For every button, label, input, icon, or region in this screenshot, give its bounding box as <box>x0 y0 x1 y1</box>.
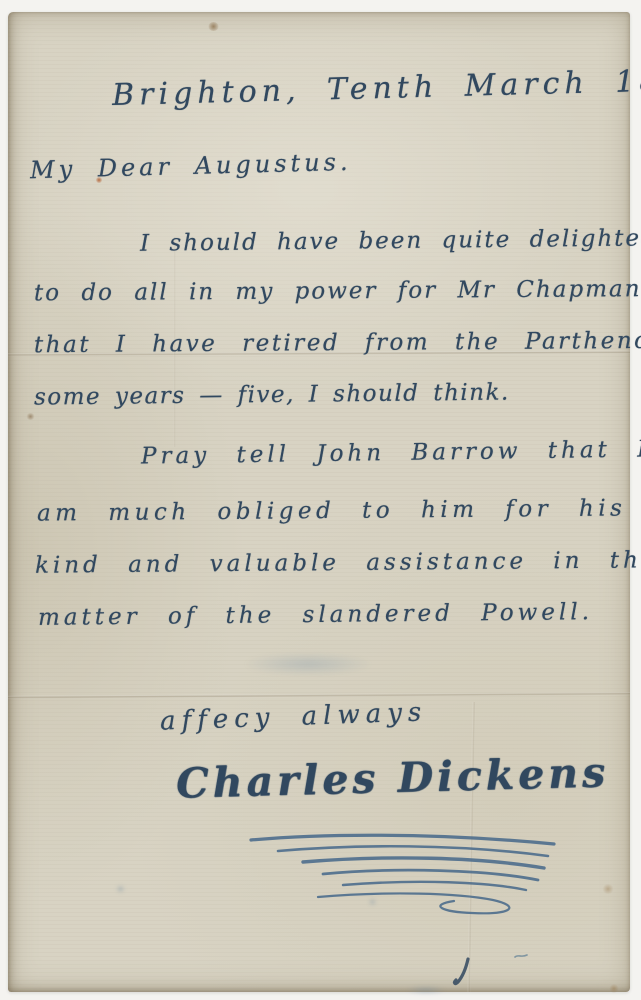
ink-smudge <box>406 986 446 994</box>
body-line: I should have been quite delighted <box>140 225 641 256</box>
closing-valediction: affecy always <box>160 697 428 736</box>
ink-mark <box>514 952 528 960</box>
body-line: some years — five, I should think. <box>34 380 510 411</box>
body-line: matter of the slandered Powell. <box>38 599 593 631</box>
body-line: Pray tell John Barrow that I <box>141 436 641 469</box>
ink-smudge <box>243 652 373 676</box>
stain <box>208 22 219 31</box>
letter-paper: Brighton, Tenth March 1850. My Dear Augu… <box>8 12 630 992</box>
letter-scan: Brighton, Tenth March 1850. My Dear Augu… <box>0 0 641 1000</box>
ink-mark <box>450 956 474 988</box>
signature: Charles Dickens <box>175 748 609 807</box>
body-line: kind and valuable assistance in the <box>35 547 641 578</box>
dateline: Brighton, Tenth March 1850. <box>112 62 641 113</box>
body-line: to do all in my power for Mr Chapman, bu… <box>34 276 641 307</box>
salutation: My Dear Augustus. <box>30 148 352 184</box>
stain <box>609 984 619 993</box>
body-line: that I have retired from the Parthenon <box>34 328 641 358</box>
fold-crease-lower <box>8 692 630 699</box>
body-line: am much obliged to him for his <box>37 495 627 526</box>
stain <box>602 884 614 894</box>
signature-flourish <box>248 833 558 921</box>
ink-smudge <box>118 887 123 891</box>
stain <box>26 413 35 420</box>
